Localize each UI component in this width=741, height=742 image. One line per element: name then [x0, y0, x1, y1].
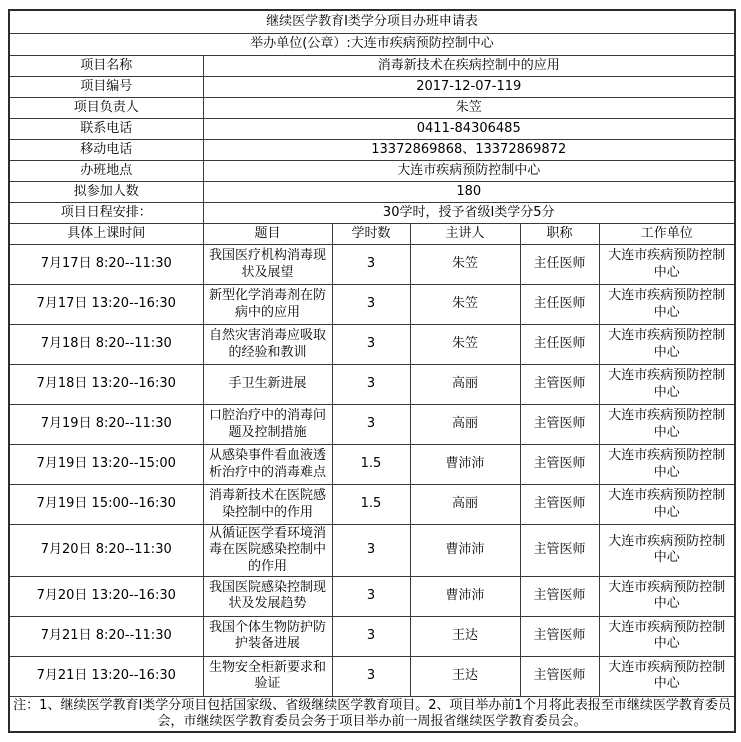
- cell-title: 主任医师: [520, 285, 599, 325]
- cell-topic: 我国个体生物防护防护装备进展: [203, 616, 332, 656]
- info-label: 项目编号: [9, 77, 203, 98]
- cell-speaker: 高丽: [410, 365, 520, 405]
- cell-unit: 大连市疾病预防控制中心: [599, 325, 735, 365]
- schedule-row: 7月20日 8:20--11:30 从循证医学看环境消毒在医院感染控制中的作用 …: [9, 525, 735, 577]
- cell-hours: 3: [332, 525, 410, 577]
- cell-unit: 大连市疾病预防控制中心: [599, 405, 735, 445]
- cell-speaker: 高丽: [410, 405, 520, 445]
- schedule-row: 7月19日 13:20--15:00 从感染事件看血液透析治疗中的消毒难点 1.…: [9, 445, 735, 485]
- schedule-row: 7月21日 8:20--11:30 我国个体生物防护防护装备进展 3 王达 主管…: [9, 616, 735, 656]
- cell-time: 7月21日 13:20--16:30: [9, 656, 203, 696]
- cell-unit: 大连市疾病预防控制中心: [599, 485, 735, 525]
- cell-title: 主管医师: [520, 576, 599, 616]
- schedule-row: 7月17日 13:20--16:30 新型化学消毒剂在防病中的应用 3 朱笠 主…: [9, 285, 735, 325]
- col-header-speaker: 主讲人: [410, 224, 520, 245]
- col-header-title: 职称: [520, 224, 599, 245]
- cell-unit: 大连市疾病预防控制中心: [599, 285, 735, 325]
- cell-time: 7月20日 13:20--16:30: [9, 576, 203, 616]
- cell-topic: 新型化学消毒剂在防病中的应用: [203, 285, 332, 325]
- note-row: 注：1、继续医学教育Ⅰ类学分项目包括国家级、省级继续医学教育项目。2、项目举办前…: [9, 696, 735, 732]
- cell-hours: 3: [332, 285, 410, 325]
- cell-topic: 自然灾害消毒应吸取的经验和教训: [203, 325, 332, 365]
- info-label: 移动电话: [9, 140, 203, 161]
- cell-speaker: 高丽: [410, 485, 520, 525]
- info-value: 180: [203, 182, 735, 203]
- info-row-location: 办班地点 大连市疾病预防控制中心: [9, 161, 735, 182]
- cell-speaker: 朱笠: [410, 245, 520, 285]
- cell-unit: 大连市疾病预防控制中心: [599, 616, 735, 656]
- info-value: 大连市疾病预防控制中心: [203, 161, 735, 182]
- cell-time: 7月20日 8:20--11:30: [9, 525, 203, 577]
- cell-unit: 大连市疾病预防控制中心: [599, 445, 735, 485]
- cell-hours: 3: [332, 325, 410, 365]
- info-row-project-name: 项目名称 消毒新技术在疾病控制中的应用: [9, 56, 735, 77]
- info-row-project-leader: 项目负责人 朱笠: [9, 98, 735, 119]
- cell-title: 主任医师: [520, 245, 599, 285]
- application-form-table: 继续医学教育I类学分项目办班申请表 举办单位(公章）:大连市疾病预防控制中心 项…: [8, 9, 736, 733]
- cell-speaker: 曹沛沛: [410, 576, 520, 616]
- schedule-row: 7月18日 13:20--16:30 手卫生新进展 3 高丽 主管医师 大连市疾…: [9, 365, 735, 405]
- cell-hours: 3: [332, 405, 410, 445]
- cell-speaker: 曹沛沛: [410, 525, 520, 577]
- cell-unit: 大连市疾病预防控制中心: [599, 245, 735, 285]
- cell-topic: 从循证医学看环境消毒在医院感染控制中的作用: [203, 525, 332, 577]
- cell-topic: 我国医疗机构消毒现状及展望: [203, 245, 332, 285]
- info-row-participants: 拟参加人数 180: [9, 182, 735, 203]
- cell-time: 7月18日 13:20--16:30: [9, 365, 203, 405]
- info-row-agenda: 项目日程安排： 30学时，授予省级I类学分5分: [9, 203, 735, 224]
- cell-hours: 1.5: [332, 485, 410, 525]
- info-row-project-number: 项目编号 2017-12-07-119: [9, 77, 735, 98]
- cell-time: 7月17日 8:20--11:30: [9, 245, 203, 285]
- cell-speaker: 王达: [410, 656, 520, 696]
- cell-time: 7月19日 8:20--11:30: [9, 405, 203, 445]
- cell-speaker: 朱笠: [410, 285, 520, 325]
- cell-title: 主管医师: [520, 616, 599, 656]
- cell-topic: 口腔治疗中的消毒问题及控制措施: [203, 405, 332, 445]
- cell-hours: 3: [332, 576, 410, 616]
- cell-time: 7月18日 8:20--11:30: [9, 325, 203, 365]
- col-header-unit: 工作单位: [599, 224, 735, 245]
- cell-time: 7月19日 15:00--16:30: [9, 485, 203, 525]
- col-header-hours: 学时数: [332, 224, 410, 245]
- cell-hours: 3: [332, 616, 410, 656]
- cell-title: 主管医师: [520, 485, 599, 525]
- info-value: 消毒新技术在疾病控制中的应用: [203, 56, 735, 77]
- cell-title: 主任医师: [520, 325, 599, 365]
- cell-unit: 大连市疾病预防控制中心: [599, 525, 735, 577]
- cell-topic: 消毒新技术在医院感染控制中的作用: [203, 485, 332, 525]
- info-label: 项目名称: [9, 56, 203, 77]
- info-value: 30学时，授予省级I类学分5分: [203, 203, 735, 224]
- info-value: 13372869868、13372869872: [203, 140, 735, 161]
- info-value: 0411-84306485: [203, 119, 735, 140]
- info-row-phone: 联系电话 0411-84306485: [9, 119, 735, 140]
- schedule-row: 7月20日 13:20--16:30 我国医院感染控制现状及发展趋势 3 曹沛沛…: [9, 576, 735, 616]
- col-header-time: 具体上课时间: [9, 224, 203, 245]
- cell-title: 主管医师: [520, 445, 599, 485]
- note-text: 注：1、继续医学教育Ⅰ类学分项目包括国家级、省级继续医学教育项目。2、项目举办前…: [9, 696, 735, 732]
- info-value: 朱笠: [203, 98, 735, 119]
- schedule-row: 7月17日 8:20--11:30 我国医疗机构消毒现状及展望 3 朱笠 主任医…: [9, 245, 735, 285]
- cell-hours: 3: [332, 245, 410, 285]
- cell-time: 7月21日 8:20--11:30: [9, 616, 203, 656]
- cell-unit: 大连市疾病预防控制中心: [599, 656, 735, 696]
- info-label: 项目日程安排：: [9, 203, 203, 224]
- cell-title: 主管医师: [520, 656, 599, 696]
- schedule-row: 7月18日 8:20--11:30 自然灾害消毒应吸取的经验和教训 3 朱笠 主…: [9, 325, 735, 365]
- cell-hours: 3: [332, 656, 410, 696]
- cell-unit: 大连市疾病预防控制中心: [599, 365, 735, 405]
- cell-topic: 生物安全柜新要求和验证: [203, 656, 332, 696]
- info-value: 2017-12-07-119: [203, 77, 735, 98]
- organizer-row: 举办单位(公章）:大连市疾病预防控制中心: [9, 34, 735, 56]
- cell-title: 主管医师: [520, 365, 599, 405]
- cell-speaker: 王达: [410, 616, 520, 656]
- cell-speaker: 曹沛沛: [410, 445, 520, 485]
- cell-topic: 手卫生新进展: [203, 365, 332, 405]
- organizer-line: 举办单位(公章）:大连市疾病预防控制中心: [9, 34, 735, 56]
- schedule-header-row: 具体上课时间 题目 学时数 主讲人 职称 工作单位: [9, 224, 735, 245]
- cell-hours: 1.5: [332, 445, 410, 485]
- cell-title: 主管医师: [520, 405, 599, 445]
- info-label: 项目负责人: [9, 98, 203, 119]
- schedule-row: 7月19日 15:00--16:30 消毒新技术在医院感染控制中的作用 1.5 …: [9, 485, 735, 525]
- form-title: 继续医学教育I类学分项目办班申请表: [9, 10, 735, 34]
- cell-topic: 我国医院感染控制现状及发展趋势: [203, 576, 332, 616]
- cell-hours: 3: [332, 365, 410, 405]
- schedule-row: 7月19日 8:20--11:30 口腔治疗中的消毒问题及控制措施 3 高丽 主…: [9, 405, 735, 445]
- info-label: 拟参加人数: [9, 182, 203, 203]
- schedule-row: 7月21日 13:20--16:30 生物安全柜新要求和验证 3 王达 主管医师…: [9, 656, 735, 696]
- title-row: 继续医学教育I类学分项目办班申请表: [9, 10, 735, 34]
- cell-title: 主管医师: [520, 525, 599, 577]
- info-row-mobile: 移动电话 13372869868、13372869872: [9, 140, 735, 161]
- info-label: 联系电话: [9, 119, 203, 140]
- cell-speaker: 朱笠: [410, 325, 520, 365]
- cell-time: 7月19日 13:20--15:00: [9, 445, 203, 485]
- col-header-topic: 题目: [203, 224, 332, 245]
- cell-unit: 大连市疾病预防控制中心: [599, 576, 735, 616]
- info-label: 办班地点: [9, 161, 203, 182]
- cell-time: 7月17日 13:20--16:30: [9, 285, 203, 325]
- cell-topic: 从感染事件看血液透析治疗中的消毒难点: [203, 445, 332, 485]
